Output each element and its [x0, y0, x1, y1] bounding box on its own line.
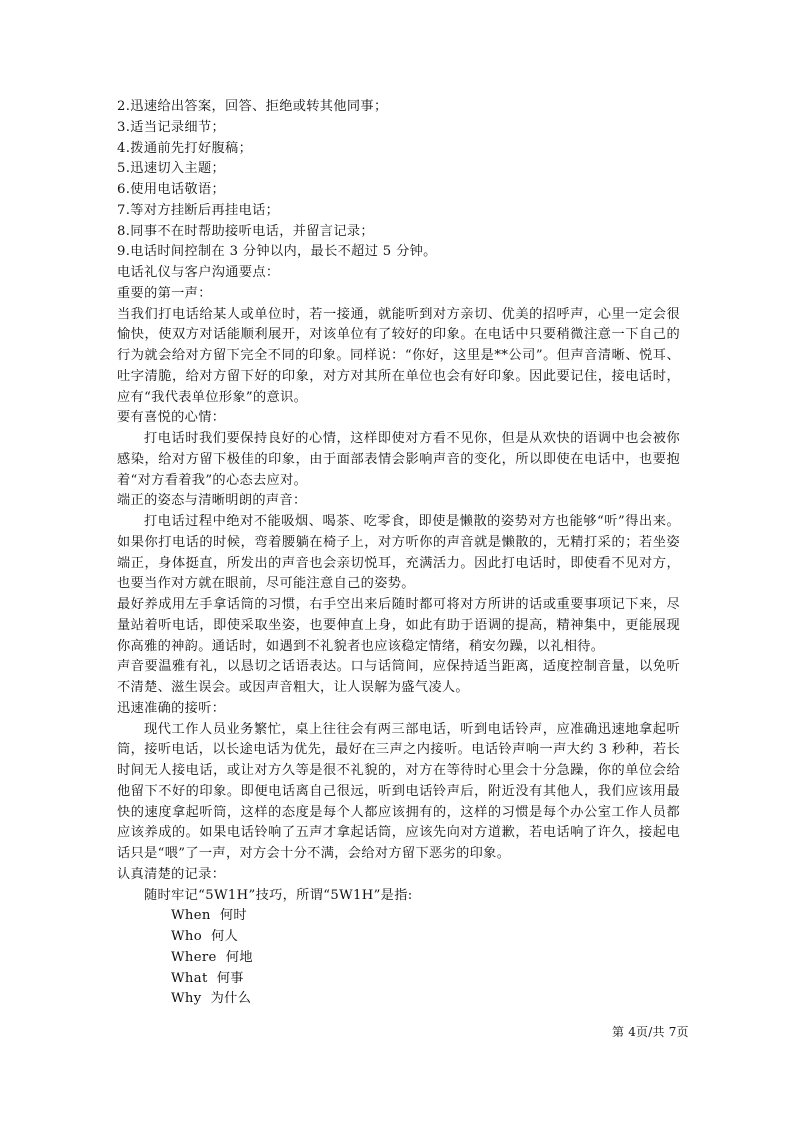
list-item: 5.迅速切入主题；: [117, 159, 680, 180]
list-item: 6.使用电话敬语；: [117, 180, 680, 201]
section-heading: 迅速准确的接听：: [117, 699, 680, 720]
list-item: 9.电话时间控制在 3 分钟以内，最长不超过 5 分钟。: [117, 242, 680, 263]
section-heading: 要有喜悦的心情：: [117, 408, 680, 429]
page-number: 第 4页/共 7页: [612, 1023, 689, 1040]
list-item: What 何事: [117, 969, 680, 990]
list-item: 8.同事不在时帮助接听电话，并留言记录；: [117, 222, 680, 243]
paragraph: 现代工作人员业务繁忙，桌上往往会有两三部电话，听到电话铃声，应准确迅速地拿起听筒…: [117, 720, 680, 865]
list-item: When 何时: [117, 906, 680, 927]
paragraph: 当我们打电话给某人或单位时，若一接通，就能听到对方亲切、优美的招呼声，心里一定会…: [117, 305, 680, 409]
list-item: 7.等对方挂断后再挂电话；: [117, 201, 680, 222]
list-item: Who 何人: [117, 927, 680, 948]
paragraph: 打电话过程中绝对不能吸烟、喝茶、吃零食，即使是懒散的姿势对方也能够“听”得出来。…: [117, 512, 680, 595]
list-item: 4.拨通前先打好腹稿；: [117, 139, 680, 160]
paragraph: 最好养成用左手拿话筒的习惯，右手空出来后随时都可将对方所讲的话或重要事项记下来，…: [117, 595, 680, 657]
list-item: Why 为什么: [117, 989, 680, 1010]
paragraph: 打电话时我们要保持良好的心情，这样即使对方看不见你，但是从欢快的语调中也会被你感…: [117, 429, 680, 491]
paragraph-intro: 随时牢记“5W1H”技巧，所谓“5W1H”是指:: [117, 886, 680, 907]
section-heading: 重要的第一声：: [117, 284, 680, 305]
section-heading: 端正的姿态与清晰明朗的声音：: [117, 491, 680, 512]
paragraph: 声音要温雅有礼，以恳切之话语表达。口与话筒间，应保持适当距离，适度控制音量，以免…: [117, 657, 680, 699]
list-item: 2.迅速给出答案，回答、拒绝或转其他同事；: [117, 97, 680, 118]
document-page: 2.迅速给出答案，回答、拒绝或转其他同事； 3.适当记录细节； 4.拨通前先打好…: [117, 97, 680, 1010]
section-heading: 认真清楚的记录：: [117, 865, 680, 886]
list-item: Where 何地: [117, 948, 680, 969]
list-item: 3.适当记录细节；: [117, 118, 680, 139]
section-title: 电话礼仪与客户沟通要点：: [117, 263, 680, 284]
